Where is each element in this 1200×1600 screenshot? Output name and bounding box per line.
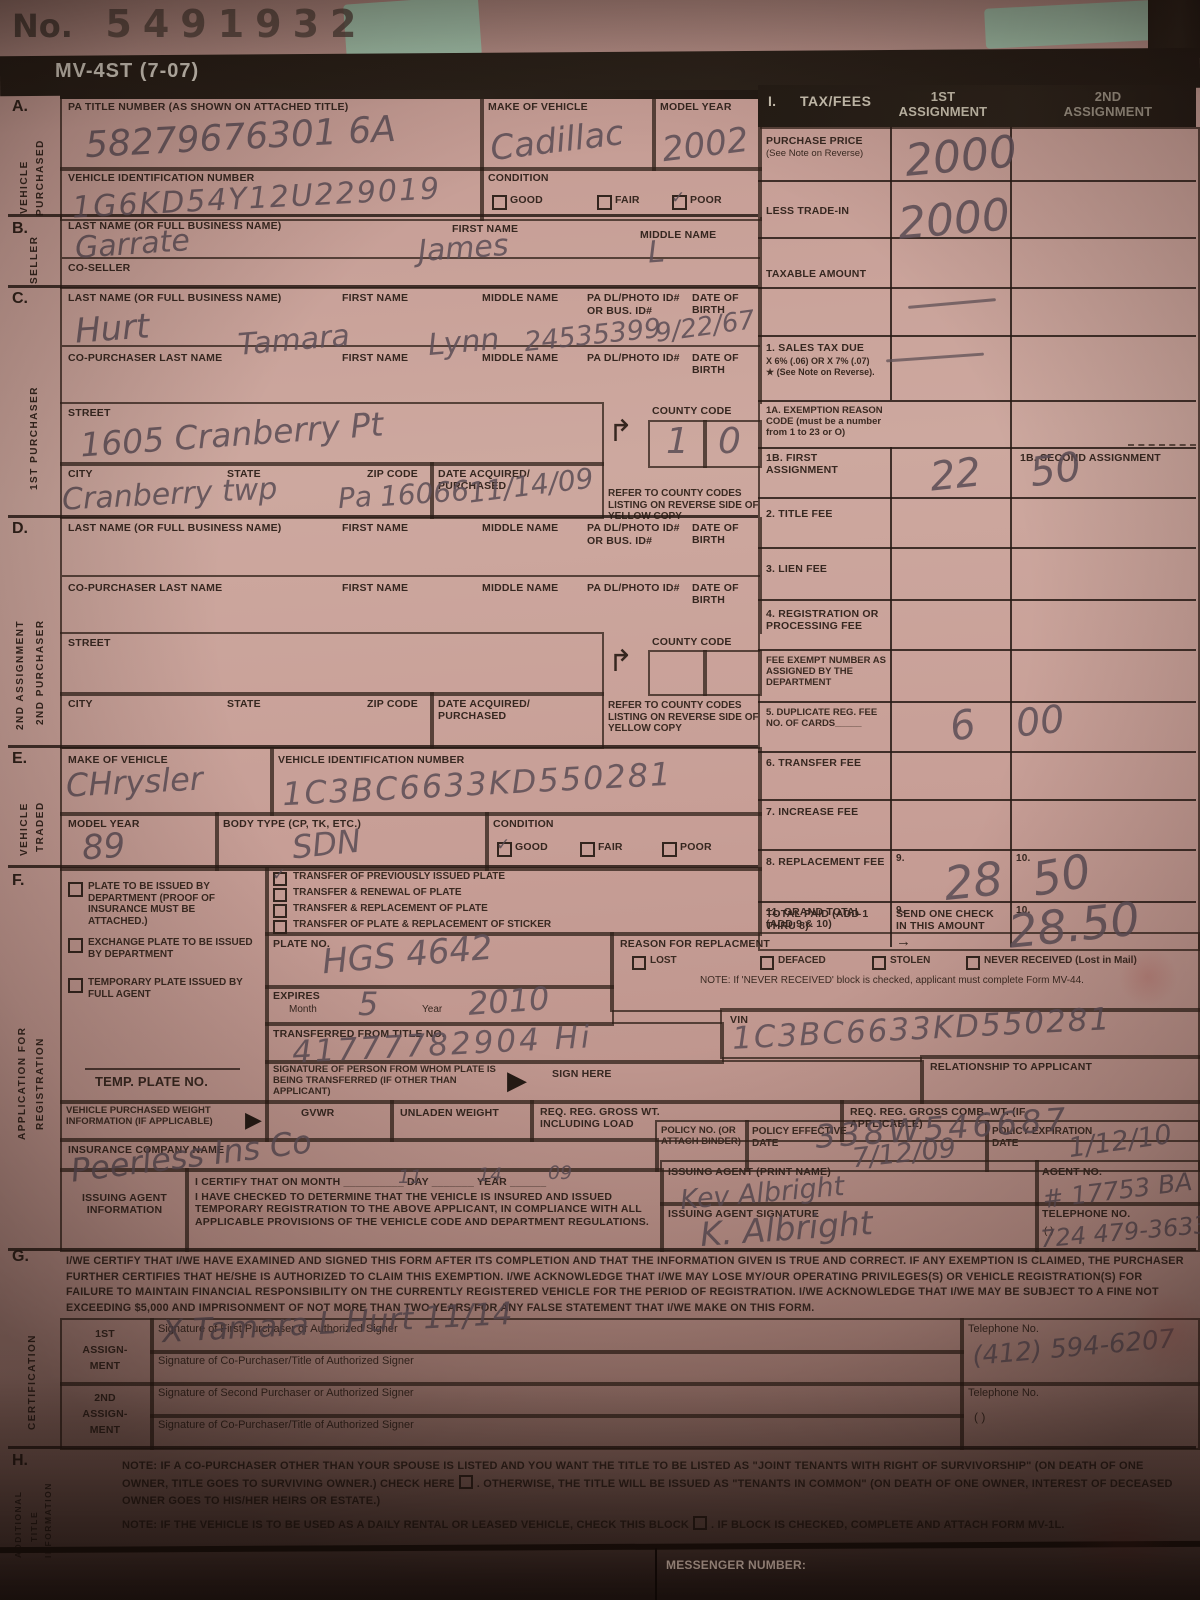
section-f-side: APPLICATION FOR — [18, 980, 28, 1140]
d-street-field: STREET — [60, 632, 604, 696]
col-first-assignment: 1ST ASSIGNMENT — [883, 89, 1003, 120]
total-paid-value-1: 28 — [942, 855, 1005, 907]
section-a-side2: PURCHASED — [36, 112, 46, 216]
co-purchaser-first-label: FIRST NAME — [342, 352, 408, 364]
section-e-side2: TRADED — [36, 780, 46, 852]
form-code: MV-4ST (7-07) — [55, 60, 199, 84]
county-arrow-icon: ↱ — [608, 414, 633, 449]
reason-label: REASON FOR REPLACMENT — [620, 938, 770, 950]
increase-fee-label: 7. INCREASE FEE — [766, 806, 858, 818]
street-label: STREET — [68, 407, 111, 419]
never-received-checkbox — [966, 956, 980, 970]
traded-vin-label: VEHICLE IDENTIFICATION NUMBER — [278, 754, 464, 766]
divider — [8, 1446, 1196, 1449]
duplicate-reg-label: 5. DUPLICATE REG. FEE NO. OF CARDS_____ — [766, 708, 894, 730]
d-county-note: REFER TO COUNTY CODES LISTING ON REVERSE… — [608, 700, 760, 735]
d-co-middle-label: MIDDLE NAME — [482, 582, 558, 594]
total-paid-value-2: 50 — [1028, 847, 1094, 902]
purchaser-last-label: LAST NAME (OR FULL BUSINESS NAME) — [68, 292, 282, 304]
transfer-sticker-label: TRANSFER OF PLATE & REPLACEMENT OF STICK… — [293, 919, 551, 931]
condition-label: CONDITION — [488, 172, 549, 184]
sig-second-purchaser-row: Signature of Second Purchaser or Authori… — [150, 1382, 964, 1418]
unladen-weight-field: UNLADEN WEIGHT — [390, 1100, 534, 1142]
d-street-label: STREET — [68, 637, 111, 649]
section-c-side: 1ST PURCHASER — [30, 340, 40, 490]
traded-good-label: GOOD — [515, 841, 548, 853]
transfer-fee-value-2: 00 — [1014, 700, 1066, 743]
state-value: Pa — [337, 483, 373, 513]
serial-number: No. 5491932 — [12, 2, 367, 46]
plate-by-department-label: PLATE TO BE ISSUED BY DEPARTMENT (PROOF … — [88, 881, 248, 927]
section-f-letter: F. — [12, 872, 24, 890]
section-c-letter: C. — [12, 290, 28, 308]
first-assignment-l3: MENT — [62, 1360, 148, 1372]
tax-row-line — [758, 649, 1196, 651]
transfer-replacement-label: TRANSFER & REPLACEMENT OF PLATE — [293, 903, 488, 915]
tax-row-line — [758, 701, 1196, 703]
purchase-price-label: PURCHASE PRICE — [766, 135, 863, 147]
replacement-fee-label: 8. REPLACEMENT FEE — [766, 856, 885, 868]
joint-tenants-checkbox — [459, 1475, 473, 1489]
section-d-letter: D. — [12, 520, 28, 538]
tax-row-line — [758, 599, 1196, 601]
footer-divider — [655, 1548, 657, 1600]
h-note-2b: . IF BLOCK IS CHECKED, COMPLETE AND ATTA… — [711, 1519, 1065, 1531]
stolen-label: STOLEN — [890, 955, 930, 967]
divider — [8, 515, 758, 518]
messenger-number-label: MESSENGER NUMBER: — [666, 1558, 806, 1572]
title-fee-value-2: 50 — [1027, 447, 1083, 494]
traded-year-value: 89 — [81, 829, 127, 866]
total-9-label: 9. — [896, 853, 905, 865]
lost-label: LOST — [650, 955, 677, 967]
section-h-side3: INFORMATION — [44, 1462, 53, 1558]
send-check-text: SEND ONE CHECK IN THIS AMOUNT — [896, 908, 994, 932]
traded-condition-label: CONDITION — [493, 818, 554, 830]
d-county-code-label: COUNTY CODE — [652, 636, 732, 648]
divider — [8, 285, 758, 288]
d-city-field: CITY STATE ZIP CODE — [60, 692, 434, 749]
section-a-topbar — [60, 90, 758, 99]
col1-line1: 1ST — [883, 89, 1003, 104]
seller-first-value: James — [417, 231, 509, 267]
tax-row-line — [758, 799, 1196, 801]
zip-value: 16066 — [379, 477, 470, 511]
seller-middle-value: L — [647, 237, 666, 268]
certify-month-value: 11 — [398, 1168, 422, 1187]
h-note-2a: NOTE: IF THE VEHICLE IS TO BE USED AS A … — [122, 1519, 689, 1531]
co-purchaser-dob-label: DATE OF BIRTH — [692, 352, 760, 377]
perforation-dashes — [1128, 444, 1196, 446]
co-purchaser-last-label: CO-PURCHASER LAST NAME — [68, 352, 222, 364]
col-second-assignment: 2ND ASSIGNMENT — [1033, 89, 1183, 120]
section-f-side2: REGISTRATION — [36, 990, 46, 1130]
d-name-row: LAST NAME (OR FULL BUSINESS NAME) FIRST … — [60, 517, 762, 575]
d-date-label: DATE ACQUIRED/ PURCHASED — [438, 698, 538, 723]
agent-certify-line2: I HAVE CHECKED TO DETERMINE THAT THE VEH… — [195, 1191, 650, 1228]
good-checkbox — [492, 195, 507, 210]
section-h-side1: ADDITIONAL — [14, 1468, 23, 1558]
sig-co-purchaser-row-2: Signature of Co-Purchaser/Title of Autho… — [150, 1414, 964, 1450]
plate-by-department-checkbox — [68, 882, 83, 897]
traded-good-checkbox — [497, 842, 512, 857]
certify-year-value: 09 — [548, 1164, 572, 1183]
transfer-renewal-label: TRANSFER & RENEWAL OF PLATE — [293, 887, 462, 899]
section-h-side2: TITLE — [30, 1482, 39, 1542]
expires-year-value: 2010 — [467, 982, 550, 1020]
section-e-letter: E. — [12, 750, 27, 768]
traded-make-value: CHrysler — [65, 762, 203, 801]
d-dob-label: DATE OF BIRTH — [692, 522, 760, 547]
defaced-label: DEFACED — [778, 955, 826, 967]
taxfees-title: TAX/FEES — [800, 93, 871, 110]
city-label: CITY — [68, 468, 93, 480]
body-type-value: SDN — [291, 824, 363, 863]
first-assignment-box: 1ST ASSIGN- MENT — [60, 1318, 154, 1386]
temp-plate-line — [85, 1068, 240, 1070]
d-co-id-label: PA DL/PHOTO ID# — [587, 582, 680, 594]
telephone-box-2: Telephone No. ( ) — [960, 1382, 1200, 1450]
send-check-label: SEND ONE CHECK IN THIS AMOUNT → — [896, 908, 1002, 950]
sign-here-label: SIGN HERE — [552, 1068, 612, 1080]
expires-month-value: 5 — [358, 988, 378, 1020]
second-assignment-box: 2ND ASSIGN- MENT — [60, 1382, 154, 1450]
telephone-paren-2: ( ) — [974, 1410, 985, 1424]
weight-info-label: VEHICLE PURCHASED WEIGHT INFORMATION (IF… — [66, 1106, 248, 1128]
traded-poor-checkbox — [662, 842, 677, 857]
purchase-price-value: 2000 — [903, 130, 1018, 184]
certify-day-value: 14 — [478, 1166, 502, 1185]
col2-line1: 2ND — [1033, 89, 1183, 104]
telephone-label-2: Telephone No. — [968, 1387, 1039, 1400]
grand-total-label: 11. GRAND TOTAL (ADD 9 & 10) — [766, 906, 888, 931]
d-first-label: FIRST NAME — [342, 522, 408, 534]
purchaser-last-value: Hurt — [74, 309, 151, 348]
tax-row-line — [758, 849, 1196, 851]
reason-note: NOTE: If 'NEVER RECEIVED' block is check… — [700, 975, 1180, 987]
serial-prefix: No. — [12, 7, 73, 45]
gvwr-label: GVWR — [301, 1107, 334, 1119]
exemption-label: 1A. EXEMPTION REASON CODE (must be a num… — [766, 406, 884, 439]
traded-fair-checkbox — [580, 842, 595, 857]
county-code-digit-1: 1 — [666, 424, 689, 460]
certification-paragraph: I/WE CERTIFY THAT I/WE HAVE EXAMINED AND… — [66, 1254, 1192, 1317]
first-assignment-label: 1B. FIRST ASSIGNMENT — [766, 452, 876, 477]
purchaser-middle-label: MIDDLE NAME — [482, 292, 558, 304]
seller-last-value: Garrate — [74, 226, 191, 264]
agent-no-label: AGENT NO. — [1042, 1166, 1102, 1178]
second-assignment-l2: ASSIGN- — [62, 1408, 148, 1420]
defaced-checkbox — [760, 956, 774, 970]
section-b-side: SELLER — [30, 228, 40, 284]
d-co-last-label: CO-PURCHASER LAST NAME — [68, 582, 222, 594]
unladen-weight-label: UNLADEN WEIGHT — [400, 1107, 499, 1119]
section-b-letter: B. — [12, 220, 28, 238]
transfer-prev-plate-label: TRANSFER OF PREVIOUSLY ISSUED PLATE — [293, 871, 505, 883]
grand-total-value: 28.50 — [1006, 895, 1142, 955]
h-note-1: NOTE: IF A CO-PURCHASER OTHER THAN YOUR … — [122, 1458, 1182, 1510]
d-id-label2: OR BUS. ID# — [587, 535, 652, 547]
d-state-label: STATE — [227, 698, 261, 710]
temporary-plate-checkbox — [68, 978, 83, 993]
exchange-plate-checkbox — [68, 938, 83, 953]
second-assignment-l1: 2ND — [62, 1392, 148, 1404]
taxfees-section-no: I. — [768, 93, 776, 110]
section-d-side: 2ND ASSIGNMENT — [16, 560, 26, 730]
model-year-value: 2002 — [660, 123, 750, 167]
serial-digits: 5491932 — [105, 2, 367, 46]
pa-title-number-label: PA TITLE NUMBER (AS SHOWN ON ATTACHED TI… — [68, 101, 348, 113]
tax-row-line — [758, 335, 1196, 337]
photo-of-form: No. 5491932 MV-4ST (7-07) A. VEHICLE PUR… — [0, 0, 1200, 1600]
d-zip-label: ZIP CODE — [367, 698, 418, 710]
section-e-side: VEHICLE — [20, 776, 30, 856]
d-middle-label: MIDDLE NAME — [482, 522, 558, 534]
d-last-label: LAST NAME (OR FULL BUSINESS NAME) — [68, 522, 282, 534]
agent-certify-box: I CERTIFY THAT ON MONTH __________ DAY _… — [185, 1168, 664, 1252]
first-assignment-l1: 1ST — [62, 1328, 148, 1340]
relationship-field: RELATIONSHIP TO APPLICANT — [920, 1055, 1200, 1104]
sig-co-purchaser-label-1: Signature of Co-Purchaser/Title of Autho… — [158, 1355, 414, 1368]
purchaser-first-label: FIRST NAME — [342, 292, 408, 304]
divider — [8, 1248, 1196, 1251]
sales-tax-label: 1. SALES TAX DUE — [766, 342, 864, 354]
section-d-side2: 2ND PURCHASER — [36, 565, 46, 725]
second-assignment-l3: MENT — [62, 1424, 148, 1436]
model-year-label: MODEL YEAR — [660, 101, 732, 113]
section-g-side: CERTIFICATION — [28, 1300, 38, 1430]
make-label: MAKE OF VEHICLE — [488, 101, 588, 113]
section-a-side: VEHICLE — [20, 118, 30, 214]
tax-row-line — [758, 400, 1196, 402]
title-fee-value-1: 22 — [928, 452, 983, 497]
divider — [8, 745, 758, 748]
send-check-arrow-icon: → — [896, 933, 911, 950]
d-id-label: PA DL/PHOTO ID# — [587, 522, 680, 534]
poor-checkbox — [672, 195, 687, 210]
first-assignment-l2: ASSIGN- — [62, 1344, 148, 1356]
registration-fee-label: 4. REGISTRATION OR PROCESSING FEE — [766, 608, 891, 633]
tax-col-line — [890, 447, 892, 947]
less-trade-in-label: LESS TRADE-IN — [766, 205, 849, 217]
poor-label: POOR — [690, 194, 722, 206]
county-code-label: COUNTY CODE — [652, 405, 732, 417]
exchange-plate-label: EXCHANGE PLATE TO BE ISSUED BY DEPARTMEN… — [88, 937, 253, 960]
temporary-plate-label: TEMPORARY PLATE ISSUED BY FULL AGENT — [88, 977, 258, 1000]
col2-line2: ASSIGNMENT — [1033, 104, 1183, 119]
transfer-prev-plate-checkbox — [273, 872, 287, 886]
d-county-arrow-icon: ↱ — [608, 644, 633, 679]
sign-here-arrow-icon: ▶ — [507, 1066, 527, 1096]
d-co-dob-label: DATE OF BIRTH — [692, 582, 760, 607]
policy-no-label: POLICY NO. (OR ATTACH BINDER) — [661, 1126, 741, 1148]
stolen-checkbox — [872, 956, 886, 970]
col1-line2: ASSIGNMENT — [883, 104, 1003, 119]
co-purchaser-row: CO-PURCHASER LAST NAME FIRST NAME MIDDLE… — [60, 345, 762, 404]
fair-label: FAIR — [615, 194, 640, 206]
sig-second-purchaser-label: Signature of Second Purchaser or Authori… — [158, 1387, 414, 1400]
expires-label: EXPIRES — [273, 990, 320, 1002]
less-trade-in-value: 2000 — [896, 193, 1011, 247]
taxable-amount-label: TAXABLE AMOUNT — [766, 268, 866, 280]
tax-row-line — [758, 751, 1196, 753]
sig-co-purchaser-row-1: Signature of Co-Purchaser/Title of Autho… — [150, 1350, 964, 1386]
d-county-cell-1 — [648, 650, 707, 696]
tax-col-line — [1010, 127, 1012, 947]
tax-row-line — [758, 547, 1196, 549]
co-purchaser-id-label: PA DL/PHOTO ID# — [587, 352, 680, 364]
fair-checkbox — [597, 195, 612, 210]
lost-checkbox — [632, 956, 646, 970]
lien-fee-label: 3. LIEN FEE — [766, 563, 827, 575]
temp-plate-label: TEMP. PLATE NO. — [95, 1074, 208, 1089]
d-co-purchaser-row: CO-PURCHASER LAST NAME FIRST NAME MIDDLE… — [60, 575, 762, 634]
relationship-label: RELATIONSHIP TO APPLICANT — [930, 1061, 1092, 1073]
taxfees-table — [758, 127, 1200, 951]
fee-exempt-label: FEE EXEMPT NUMBER AS ASSIGNED BY THE DEP… — [766, 656, 894, 689]
section-a-letter: A. — [12, 98, 28, 116]
d-date-field: DATE ACQUIRED/ PURCHASED — [430, 692, 604, 749]
transfer-fee-label: 6. TRANSFER FEE — [766, 757, 861, 769]
purchaser-middle-value: Lynn — [427, 325, 501, 361]
sales-tax-sub2: ★ (See Note on Reverse). — [766, 367, 875, 377]
expires-year-label: Year — [422, 1004, 442, 1016]
telephone-label-1: Telephone No. — [968, 1323, 1039, 1336]
county-code-digit-2: 0 — [718, 424, 741, 460]
purchaser-id-label: PA DL/PHOTO ID# — [587, 292, 680, 304]
title-fee-label: 2. TITLE FEE — [766, 508, 833, 520]
transfer-renewal-checkbox — [273, 888, 287, 902]
traded-poor-label: POOR — [680, 841, 712, 853]
tax-row-line — [758, 497, 1196, 499]
rental-leased-checkbox — [693, 1516, 707, 1530]
tax-row-line — [758, 287, 1196, 289]
d-city-label: CITY — [68, 698, 93, 710]
issuing-agent-side-label: ISSUING AGENT INFORMATION — [77, 1192, 172, 1217]
d-county-cell-2 — [703, 650, 762, 696]
traded-fair-label: FAIR — [598, 841, 623, 853]
transfer-replacement-checkbox — [273, 904, 287, 918]
d-co-first-label: FIRST NAME — [342, 582, 408, 594]
sales-tax-sub: X 6% (.06) OR X 7% (.07) — [766, 356, 870, 366]
good-label: GOOD — [510, 194, 543, 206]
sig-co-purchaser-label-2: Signature of Co-Purchaser/Title of Autho… — [158, 1419, 414, 1432]
expires-month-label: Month — [289, 1004, 317, 1016]
h-note-2: NOTE: IF THE VEHICLE IS TO BE USED AS A … — [122, 1516, 1182, 1534]
purchase-price-sub: (See Note on Reverse) — [766, 149, 863, 160]
taxfees-header: I. TAX/FEES 1ST ASSIGNMENT 2ND ASSIGNMEN… — [758, 85, 1196, 127]
